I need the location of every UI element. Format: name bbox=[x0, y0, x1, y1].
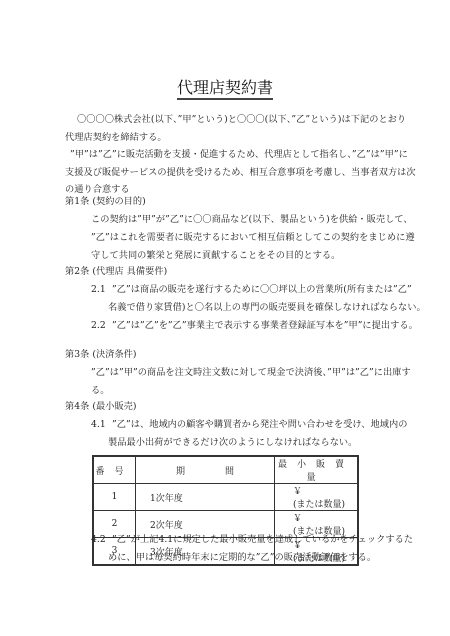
table-row: 1 1次年度 ￥(または数量) bbox=[93, 484, 358, 511]
clause-4-2-line-1: ”乙”が上記4.1に規定した最小販売量を達成しているかをチェックするた bbox=[112, 534, 413, 546]
intro-line-5: の通り合意する bbox=[65, 184, 130, 196]
clause-4-1-number: 4.1 bbox=[91, 419, 106, 431]
yen-symbol: ￥ bbox=[293, 511, 353, 524]
amount-note: (または数量) bbox=[293, 500, 345, 510]
article-3-line-2: る。 bbox=[91, 385, 109, 397]
intro-line-4: 支援及び販促サービスの提供を受けるため、相互合意事項を考慮し、当事者双方は次 bbox=[65, 167, 416, 179]
document-page: 代理店契約書 〇〇〇〇株式会社(以下、”甲”という)と〇〇〇(以下、”乙”という… bbox=[0, 0, 450, 636]
row-period: 1次年度 bbox=[136, 484, 275, 511]
clause-4-1-line-1: ”乙”は、地域内の顧客や購買者から発注や問い合わせを受け、地域内の bbox=[112, 419, 408, 431]
article-4-heading: 第4条 (最小販売) bbox=[65, 401, 137, 413]
clause-4-2-number: 4.2 bbox=[91, 534, 106, 546]
clause-2-1-line-2: 名義で借り家賃借)と〇名以上の専門の販売要員を確保しなければならない。 bbox=[108, 302, 426, 314]
header-number: 番号 bbox=[93, 456, 136, 484]
intro-line-1: 〇〇〇〇株式会社(以下、”甲”という)と〇〇〇(以下、”乙”という)は下記のとお… bbox=[77, 114, 406, 126]
clause-4-2-line-2: めに、甲は毎契約時年末に定期的な”乙”の販売活動評価をする。 bbox=[108, 552, 376, 564]
article-1-line-2: ”乙”はこれを需要者に販売するにおいて相互信頼としてこの契約をまじめに遵 bbox=[91, 232, 415, 244]
table-header-row: 番号 期間 最小販賣量 bbox=[93, 456, 358, 484]
article-1-line-1: この契約は”甲”が”乙”に〇〇商品など(以下、製品という)を供給・販売して、 bbox=[91, 214, 413, 226]
document-title: 代理店契約書 bbox=[0, 78, 450, 98]
article-3-line-1: ”乙”は”甲”の商品を注文時注文数に対して現金で決済後、”甲”は”乙”に出庫す bbox=[91, 367, 411, 379]
clause-2-1-line-1: ”乙”は商品の販売を遂行するために〇〇坪以上の営業所(所有または”乙” bbox=[112, 284, 412, 296]
header-min-sales: 最小販賣量 bbox=[275, 456, 359, 484]
row-number: 1 bbox=[93, 484, 136, 511]
clause-2-2-line-1: ”乙”は”乙”を”乙”事業主で表示する事業者登録証写本を”甲”に提出する。 bbox=[112, 320, 418, 332]
article-1-line-3: 守して共同の繁栄と発展に貢献することをその目的とする。 bbox=[91, 250, 340, 262]
clause-2-2-number: 2.2 bbox=[91, 320, 106, 332]
article-3-heading: 第3条 (決済条件) bbox=[65, 349, 137, 361]
clause-2-1-number: 2.1 bbox=[91, 284, 106, 296]
yen-symbol: ￥ bbox=[293, 484, 353, 497]
header-period: 期間 bbox=[136, 456, 275, 484]
article-2-heading: 第2条 (代理店 具備要件) bbox=[65, 266, 167, 278]
title-text: 代理店契約書 bbox=[177, 78, 273, 100]
intro-line-2: 代理店契約を締結する。 bbox=[65, 132, 167, 144]
article-1-heading: 第1条 (契約の目的) bbox=[65, 196, 146, 208]
row-min-sales: ￥(または数量) bbox=[275, 484, 359, 511]
intro-line-3: ”甲”は”乙”に販売活動を支援・促進するため、代理店として指名し、”乙”は”甲”… bbox=[70, 149, 408, 161]
minimum-sales-table: 番号 期間 最小販賣量 1 1次年度 ￥(または数量) 2 2次年度 ￥(または… bbox=[92, 455, 359, 566]
clause-4-1-line-2: 製品最小出荷ができるだけ次のようにしなければならない。 bbox=[108, 437, 357, 449]
